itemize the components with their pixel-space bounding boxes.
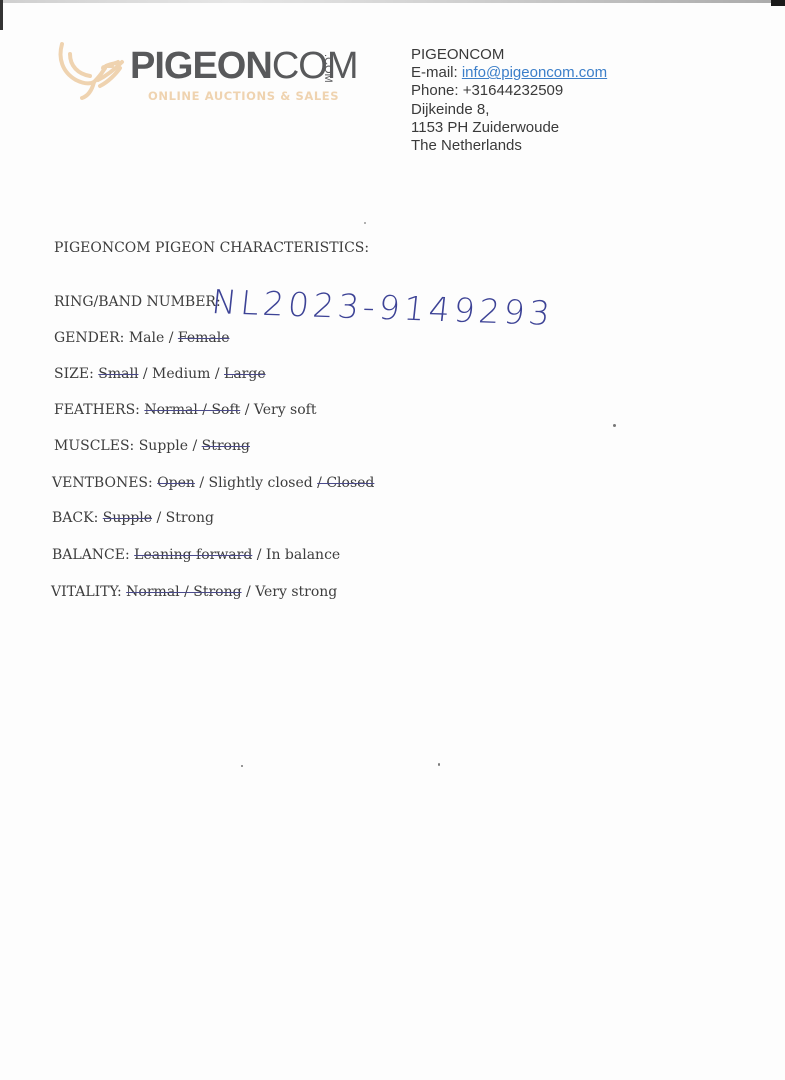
scan-speck xyxy=(241,765,243,767)
scan-speck xyxy=(613,424,616,427)
ring-number-label: RING/BAND NUMBER: xyxy=(54,294,221,310)
characteristic-row: SIZE: Small / Medium / Large xyxy=(54,366,266,382)
characteristic-label: MUSCLES: xyxy=(54,438,134,454)
option-struck: Small xyxy=(98,366,138,382)
address-line-1: Dijkeinde 8, xyxy=(411,101,607,119)
scan-edge-left xyxy=(0,0,3,30)
option-text: / Medium / xyxy=(138,366,224,382)
option-struck: Supple xyxy=(103,510,152,526)
scan-speck xyxy=(438,763,440,766)
option-struck: Female xyxy=(178,330,230,346)
characteristic-label: BACK: xyxy=(52,510,98,526)
option-struck: Open xyxy=(157,475,195,491)
company-name: PIGEONCOM xyxy=(411,46,607,64)
scan-corner-mark xyxy=(771,0,785,6)
option-text: / Very soft xyxy=(240,402,316,418)
brand-tagline: ONLINE AUCTIONS & SALES xyxy=(148,89,339,103)
characteristic-label: FEATHERS: xyxy=(54,402,140,418)
option-text: Male xyxy=(129,330,164,346)
brand-bold: PIGEON xyxy=(130,45,272,87)
ring-number-row: RING/BAND NUMBER: xyxy=(54,294,221,310)
characteristic-row: FEATHERS: Normal / Soft / Very soft xyxy=(54,402,316,418)
option-struck: Normal / Strong xyxy=(126,584,241,600)
characteristic-label: BALANCE: xyxy=(52,547,130,563)
option-text: / Strong xyxy=(152,510,214,526)
email-line: E-mail: info@pigeoncom.com xyxy=(411,64,607,82)
option-struck: / Closed xyxy=(317,475,374,491)
characteristic-row: BALANCE: Leaning forward / In balance xyxy=(52,547,340,563)
option-text: / In balance xyxy=(252,547,340,563)
characteristic-label: SIZE: xyxy=(54,366,94,382)
option-struck: Large xyxy=(224,366,266,382)
option-text: / xyxy=(164,330,178,346)
option-struck: Strong xyxy=(202,438,250,454)
characteristic-label: VITALITY: xyxy=(51,584,122,600)
characteristic-row: GENDER: Male / Female xyxy=(54,330,230,346)
characteristic-label: VENTBONES: xyxy=(52,475,153,491)
scan-speck xyxy=(364,222,366,224)
option-text: Supple / xyxy=(139,438,202,454)
option-struck: Normal / Soft xyxy=(144,402,240,418)
pigeoncom-logo: PIGEONCOM .COM ONLINE AUCTIONS & SALES xyxy=(54,40,354,106)
characteristic-row: BACK: Supple / Strong xyxy=(52,510,214,526)
characteristic-label: GENDER: xyxy=(54,330,124,346)
email-label: E-mail: xyxy=(411,64,462,81)
characteristic-row: MUSCLES: Supple / Strong xyxy=(54,438,250,454)
country-line: The Netherlands xyxy=(411,137,607,155)
address-line-2: 1153 PH Zuiderwoude xyxy=(411,119,607,137)
brand-suffix: .COM xyxy=(322,54,334,83)
option-struck: Leaning forward xyxy=(134,547,252,563)
option-text: / Very strong xyxy=(242,584,338,600)
ring-number-handwritten: NL2023-9149293 xyxy=(210,282,556,333)
phone-line: Phone: +31644232509 xyxy=(411,82,607,100)
scan-edge-top xyxy=(0,0,785,3)
form-title: PIGEONCOM PIGEON CHARACTERISTICS: xyxy=(54,240,369,256)
dove-icon xyxy=(54,40,126,102)
option-text: / Slightly closed xyxy=(195,475,317,491)
contact-block: PIGEONCOM E-mail: info@pigeoncom.com Pho… xyxy=(411,46,607,155)
brand-thin: COM xyxy=(272,45,358,87)
characteristic-row: VITALITY: Normal / Strong / Very strong xyxy=(51,584,337,600)
email-link[interactable]: info@pigeoncom.com xyxy=(462,64,607,81)
characteristic-row: VENTBONES: Open / Slightly closed / Clos… xyxy=(52,475,374,491)
